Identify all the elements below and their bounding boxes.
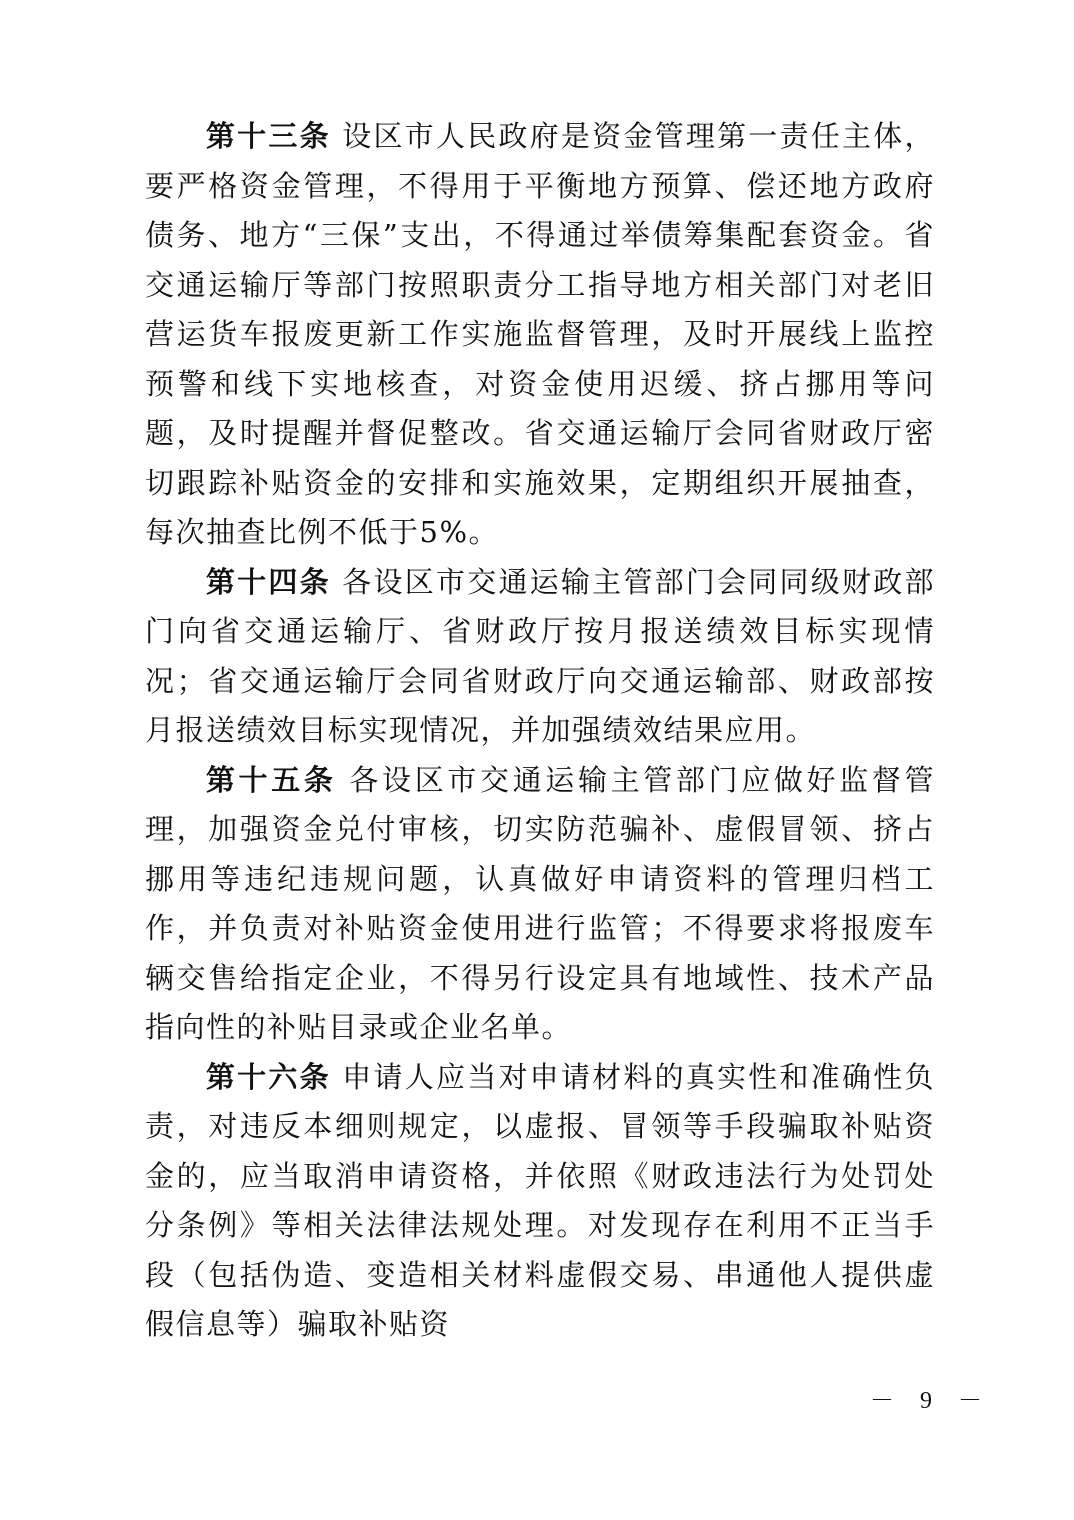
article-heading: 第十三条 [206,119,331,153]
article-16: 第十六条 申请人应当对申请材料的真实性和准确性负责，对违反本细则规定，以虚报、冒… [145,1053,935,1350]
article-text: 申请人应当对申请材料的真实性和准确性负责，对违反本细则规定，以虚报、冒领等手段骗… [145,1060,935,1342]
article-heading: 第十六条 [206,1060,331,1094]
article-text: 各设区市交通运输主管部门应做好监督管理，加强资金兑付审核，切实防范骗补、虚假冒领… [145,763,935,1045]
article-text: 设区市人民政府是资金管理第一责任主体，要严格资金管理，不得用于平衡地方预算、偿还… [145,119,935,549]
document-body: 第十三条 设区市人民政府是资金管理第一责任主体，要严格资金管理，不得用于平衡地方… [145,112,935,1350]
page-number: － 9 － [870,1380,992,1415]
article-15: 第十五条 各设区市交通运输主管部门应做好监督管理，加强资金兑付审核，切实防范骗补… [145,756,935,1053]
article-heading: 第十四条 [206,565,331,599]
article-heading: 第十五条 [206,763,337,797]
article-14: 第十四条 各设区市交通运输主管部门会同同级财政部门向省交通运输厅、省财政厅按月报… [145,558,935,756]
document-page: 第十三条 设区市人民政府是资金管理第一责任主体，要严格资金管理，不得用于平衡地方… [0,0,1074,1520]
article-13: 第十三条 设区市人民政府是资金管理第一责任主体，要严格资金管理，不得用于平衡地方… [145,112,935,558]
